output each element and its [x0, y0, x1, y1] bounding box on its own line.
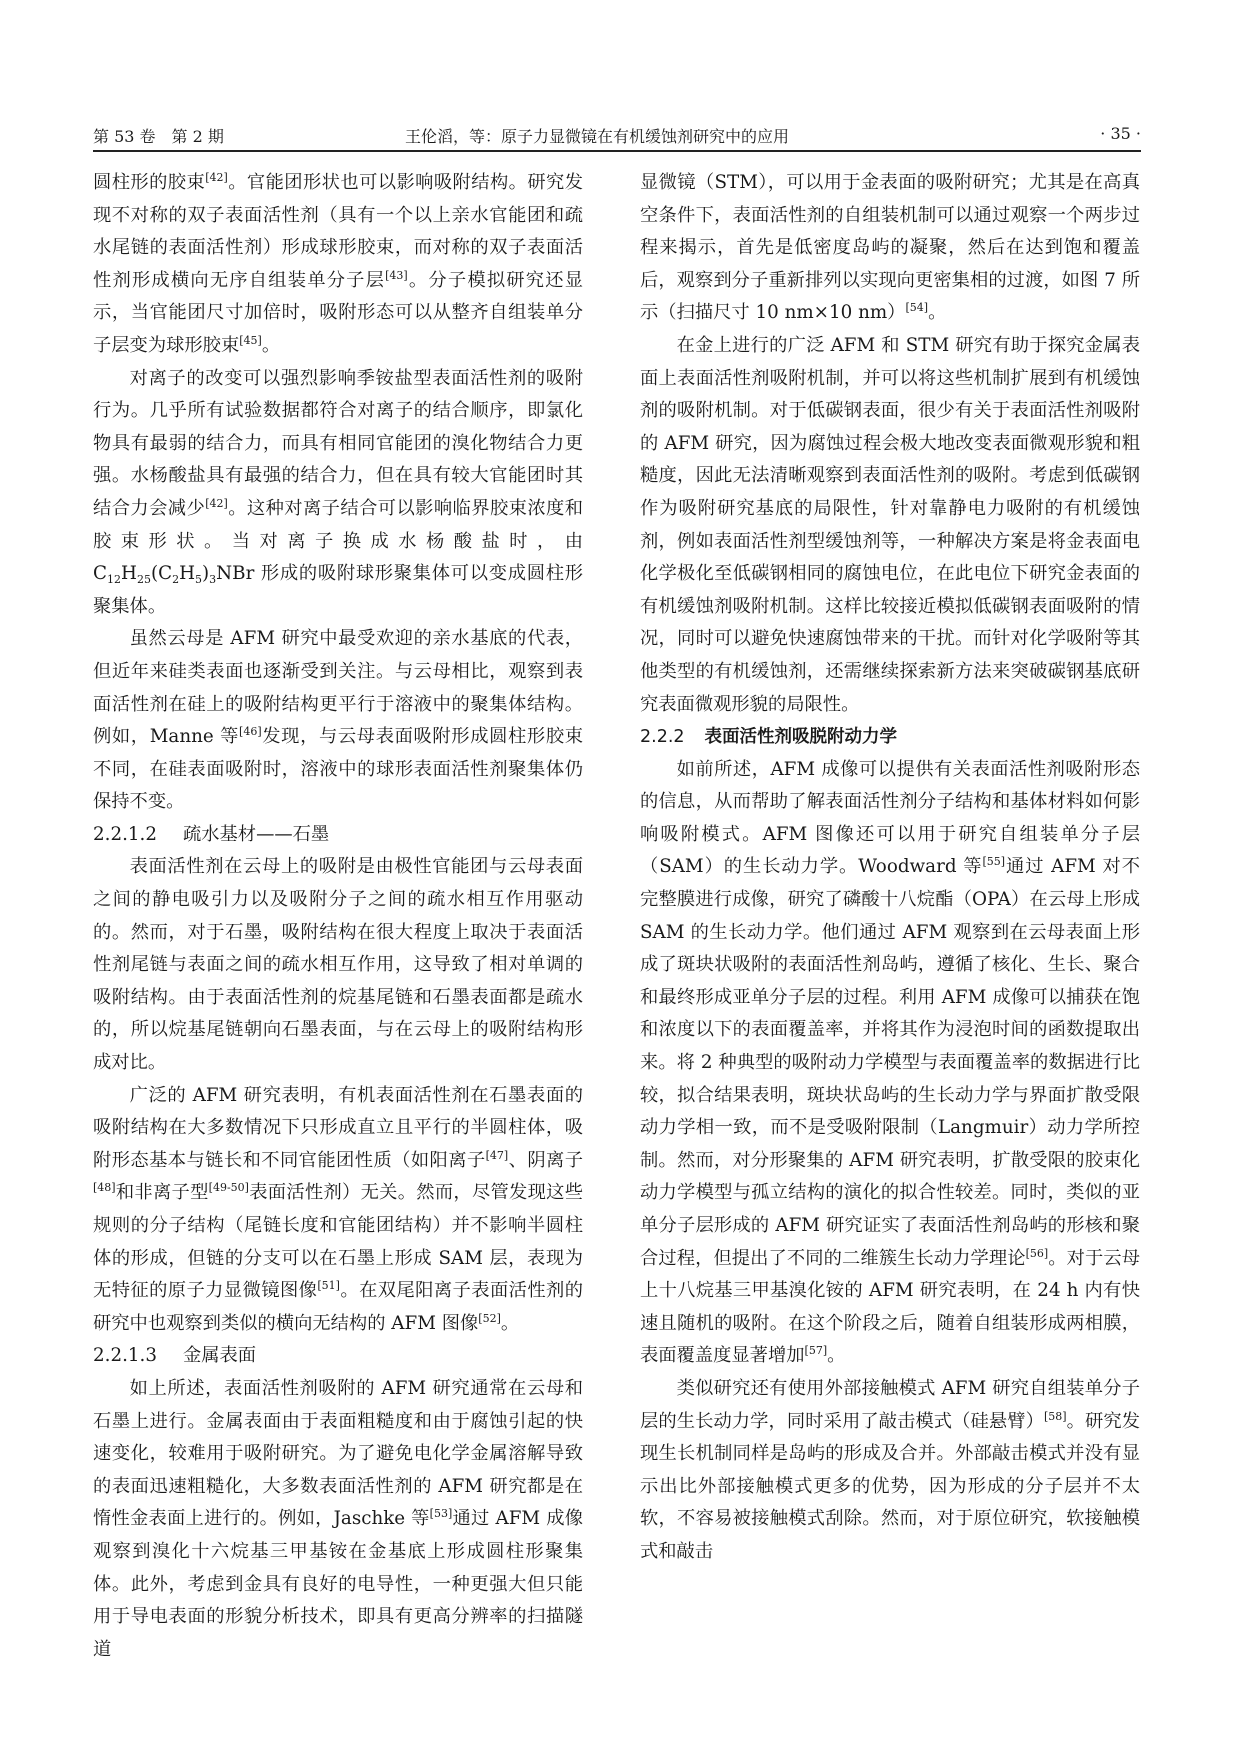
citation: [47] — [486, 1149, 509, 1162]
section-title: 疏水基材——石墨 — [183, 824, 329, 845]
text: 通过 AFM 成像观察到溴化十六烷基三甲基铵在金基底上形成圆柱形聚集体。此外，考… — [93, 1508, 583, 1659]
section-number: 2.2.2 — [640, 727, 685, 747]
text: 通过 AFM 对不完整膜进行成像，研究了磷酸十八烷酯（OPA）在云母上形成 SA… — [640, 856, 1140, 1268]
text: 。 — [827, 1345, 845, 1366]
text: 。研究发现生长机制同样是岛屿的形成及合并。外部敲击模式并没有显示出比外部接触模式… — [640, 1411, 1140, 1562]
citation: [55] — [982, 855, 1005, 868]
text: 。 — [501, 1313, 519, 1334]
left-column: 圆柱形的胶束[42]。官能团形状也可以影响吸附结构。研究发现不对称的双子表面活性… — [93, 167, 583, 1666]
section-title: 金属表面 — [183, 1345, 256, 1366]
section-heading-2213: 2.2.1.3金属表面 — [93, 1340, 583, 1373]
section-number: 2.2.1.2 — [93, 824, 157, 845]
paragraph: 如前所述，AFM 成像可以提供有关表面活性剂吸附形态的信息，从而帮助了解表面活性… — [640, 754, 1140, 1373]
paragraph: 圆柱形的胶束[42]。官能团形状也可以影响吸附结构。研究发现不对称的双子表面活性… — [93, 167, 583, 363]
citation: [42] — [205, 171, 228, 184]
section-title: 表面活性剂吸脱附动力学 — [705, 727, 898, 747]
text: (C — [151, 563, 172, 584]
text: 对离子的改变可以强烈影响季铵盐型表面活性剂的吸附行为。几乎所有试验数据都符合对离… — [93, 368, 583, 519]
paragraph: 表面活性剂在云母上的吸附是由极性官能团与云母表面之间的静电吸引力以及吸附分子之间… — [93, 851, 583, 1079]
paragraph: 对离子的改变可以强烈影响季铵盐型表面活性剂的吸附行为。几乎所有试验数据都符合对离… — [93, 363, 583, 624]
citation: [49-50] — [209, 1181, 249, 1194]
paragraph: 广泛的 AFM 研究表明，有机表面活性剂在石墨表面的吸附结构在大多数情况下只形成… — [93, 1080, 583, 1341]
running-header: 第 53 卷 第 2 期 王伦滔，等：原子力显微镜在有机缓蚀剂研究中的应用 · … — [93, 118, 1141, 150]
citation: [42] — [205, 497, 228, 510]
text: 、阴离子 — [508, 1150, 583, 1171]
citation: [56] — [1026, 1247, 1049, 1260]
text: 。 — [928, 302, 946, 323]
section-heading-222: 2.2.2表面活性剂吸脱附动力学 — [640, 721, 1140, 754]
citation: [48] — [93, 1181, 116, 1194]
text: H — [179, 563, 195, 584]
citation: [54] — [905, 301, 928, 314]
section-number: 2.2.1.3 — [93, 1345, 157, 1366]
text: 。 — [262, 335, 280, 356]
paragraph: 显微镜（STM），可以用于金表面的吸附研究；尤其是在高真空条件下，表面活性剂的自… — [640, 167, 1140, 330]
paragraph: 如上所述，表面活性剂吸附的 AFM 研究通常在云母和石墨上进行。金属表面由于表面… — [93, 1373, 583, 1666]
subscript: 25 — [137, 573, 151, 586]
section-heading-2212: 2.2.1.2疏水基材——石墨 — [93, 819, 583, 852]
citation: [52] — [478, 1312, 501, 1325]
citation: [51] — [317, 1279, 340, 1292]
citation: [46] — [239, 725, 262, 738]
citation: [45] — [239, 334, 262, 347]
citation: [43] — [385, 269, 408, 282]
text: 和非离子型 — [116, 1182, 209, 1203]
header-rule — [93, 150, 1141, 152]
text: 类似研究还有使用外部接触模式 AFM 研究自组装单分子层的生长动力学，同时采用了… — [640, 1378, 1140, 1432]
running-title: 王伦滔，等：原子力显微镜在有机缓蚀剂研究中的应用 — [405, 124, 789, 147]
right-column: 显微镜（STM），可以用于金表面的吸附研究；尤其是在高真空条件下，表面活性剂的自… — [640, 167, 1140, 1569]
text: 显微镜（STM），可以用于金表面的吸附研究；尤其是在高真空条件下，表面活性剂的自… — [640, 172, 1140, 323]
paragraph: 类似研究还有使用外部接触模式 AFM 研究自组装单分子层的生长动力学，同时采用了… — [640, 1373, 1140, 1569]
citation: [57] — [805, 1344, 828, 1357]
paragraph: 虽然云母是 AFM 研究中最受欢迎的亲水基底的代表，但近年来硅类表面也逐渐受到关… — [93, 623, 583, 819]
citation: [58] — [1044, 1410, 1067, 1423]
subscript: 5 — [195, 573, 202, 586]
page-number: · 35 · — [1100, 124, 1141, 143]
paragraph: 在金上进行的广泛 AFM 和 STM 研究有助于探究金属表面上表面活性剂吸附机制… — [640, 330, 1140, 721]
text: 如上所述，表面活性剂吸附的 AFM 研究通常在云母和石墨上进行。金属表面由于表面… — [93, 1378, 583, 1529]
citation: [53] — [430, 1507, 453, 1520]
text: 圆柱形的胶束 — [93, 172, 205, 193]
volume-issue: 第 53 卷 第 2 期 — [93, 124, 224, 147]
text: H — [121, 563, 137, 584]
subscript: 12 — [107, 573, 121, 586]
